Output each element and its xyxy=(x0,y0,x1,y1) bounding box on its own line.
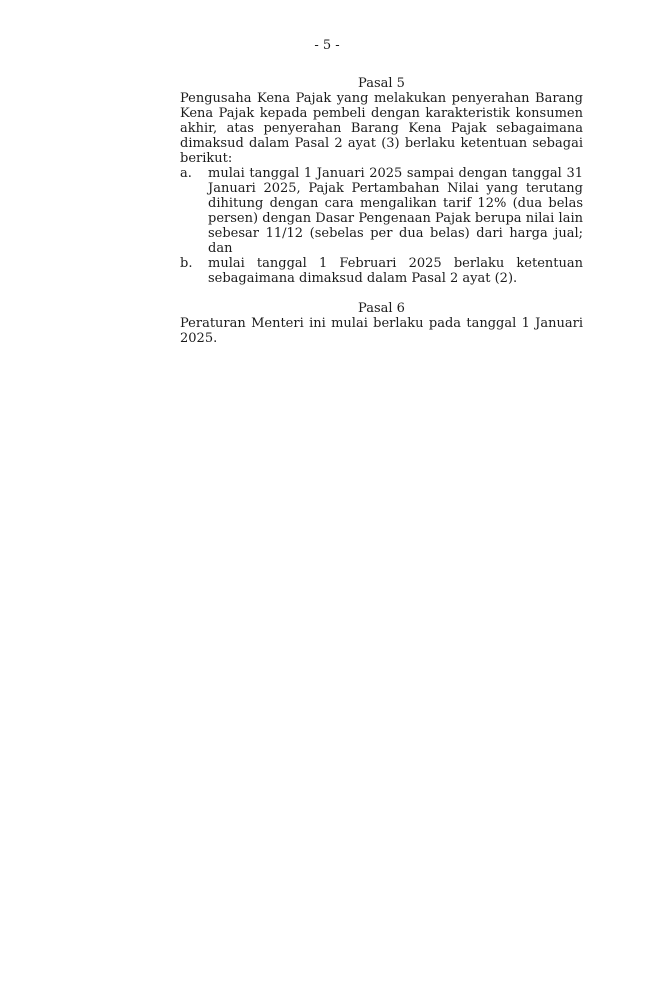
text-line: sebagaimana dimaksud dalam Pasal 2 ayat … xyxy=(208,271,583,286)
list-marker-b: b. xyxy=(180,256,208,271)
page-number: - 5 - xyxy=(0,38,654,53)
text-line: dimaksud dalam Pasal 2 ayat (3) berlaku … xyxy=(180,136,583,151)
list-item-b: b. mulai tanggal 1 Februari 2025 berlaku… xyxy=(180,256,583,286)
text-line: berikut: xyxy=(180,151,583,166)
text-line: sebesar 11/12 (sebelas per dua belas) da… xyxy=(208,226,583,256)
pasal5-heading: Pasal 5 xyxy=(180,76,583,91)
text-line: Januari 2025, Pajak Pertambahan Nilai ya… xyxy=(208,181,583,196)
text-line: akhir, atas penyerahan Barang Kena Pajak… xyxy=(180,121,583,136)
text-line: Kena Pajak kepada pembeli dengan karakte… xyxy=(180,106,583,121)
document-page: - 5 - Pasal 5 Pengusaha Kena Pajak yang … xyxy=(0,0,654,1000)
text-line: Peraturan Menteri ini mulai berlaku pada… xyxy=(180,316,583,331)
pasal6-paragraph: Peraturan Menteri ini mulai berlaku pada… xyxy=(180,316,583,346)
page-content: Pasal 5 Pengusaha Kena Pajak yang melaku… xyxy=(180,76,583,346)
text-line: Pengusaha Kena Pajak yang melakukan peny… xyxy=(180,91,583,106)
text-line: dihitung dengan cara mengalikan tarif 12… xyxy=(208,196,583,211)
text-line: persen) dengan Dasar Pengenaan Pajak ber… xyxy=(208,211,583,226)
pasal5-intro-paragraph: Pengusaha Kena Pajak yang melakukan peny… xyxy=(180,91,583,166)
text-line: 2025. xyxy=(180,331,583,346)
pasal6-heading: Pasal 6 xyxy=(180,301,583,316)
list-item-a-text: mulai tanggal 1 Januari 2025 sampai deng… xyxy=(208,166,583,256)
list-item-a: a. mulai tanggal 1 Januari 2025 sampai d… xyxy=(180,166,583,256)
section-gap xyxy=(180,286,583,301)
list-marker-a: a. xyxy=(180,166,208,181)
text-line: mulai tanggal 1 Januari 2025 sampai deng… xyxy=(208,166,583,181)
text-line: mulai tanggal 1 Februari 2025 berlaku ke… xyxy=(208,256,583,271)
list-item-b-text: mulai tanggal 1 Februari 2025 berlaku ke… xyxy=(208,256,583,286)
